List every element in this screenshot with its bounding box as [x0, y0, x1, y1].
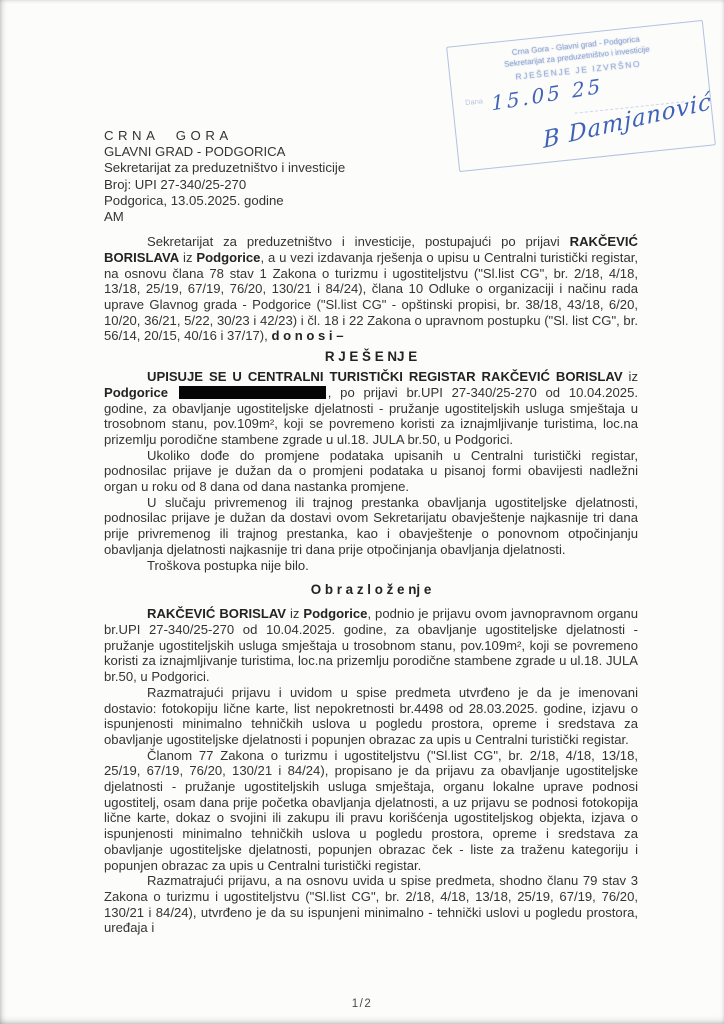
cessation-paragraph: U slučaju privremenog ili trajnog presta… [104, 495, 638, 558]
explanation-text-1: iz [286, 606, 303, 621]
explanation-applicant-city: Podgorice [303, 606, 367, 621]
redacted-personal-data [179, 386, 326, 399]
section-title-obrazlozenje: O b r a z l o ž e nj e [104, 582, 638, 597]
issuer-department: Sekretarijat za preduzetništvo i investi… [104, 160, 638, 176]
issuer-city: GLAVNI GRAD - PODGORICA [104, 144, 638, 160]
decision-text-2: iz [623, 369, 638, 384]
place-and-date: Podgorica, 13.05.2025. godine [104, 193, 638, 209]
costs-paragraph: Troškova postupka nije bilo. [104, 558, 638, 574]
clerk-initials: AM [104, 209, 638, 225]
explanation-paragraph-4: Razmatrajući prijavu, a na osnovu uvida … [104, 873, 638, 936]
intro-text-1: Sekretarijat za preduzetništvo i investi… [147, 234, 570, 249]
explanation-applicant-name: RAKČEVIĆ BORISLAV [147, 606, 286, 621]
page-number: 1/2 [0, 998, 724, 1010]
explanation-paragraph-2: Razmatrajući prijavu i uvidom u spise pr… [104, 685, 638, 748]
decision-paragraph: UPISUJE SE U CENTRALNI TURISTIČKI REGIST… [104, 369, 638, 448]
explanation-paragraph-1: RAKČEVIĆ BORISLAV iz Podgorice, podnio j… [104, 606, 638, 685]
applicant-city: Podgorice [196, 250, 260, 265]
intro-paragraph: Sekretarijat za preduzetništvo i investi… [104, 234, 638, 344]
stamp-date-label: Dana [465, 96, 484, 107]
donosi-phrase: d o n o s i – [271, 328, 343, 343]
issuer-country: CRNA GORA [104, 128, 638, 144]
scanned-document-page: Crna Gora - Glavni grad - Podgorica Sekr… [0, 0, 724, 1024]
intro-text-2: iz [179, 250, 196, 265]
decision-operative-text: UPISUJE SE U CENTRALNI TURISTIČKI REGIST… [147, 369, 623, 384]
case-number: Broj: UPI 27-340/25-270 [104, 177, 638, 193]
document-body: CRNA GORA GLAVNI GRAD - PODGORICA Sekret… [104, 128, 638, 936]
explanation-paragraph-3: Članom 77 Zakona o turizmu i ugostiteljs… [104, 748, 638, 874]
decision-city: Podgorice [104, 385, 168, 400]
letterhead: CRNA GORA GLAVNI GRAD - PODGORICA Sekret… [104, 128, 638, 225]
section-title-rjesenje: R J E Š E NJ E [104, 349, 638, 364]
change-notice-paragraph: Ukoliko dođe do promjene podataka upisan… [104, 448, 638, 495]
